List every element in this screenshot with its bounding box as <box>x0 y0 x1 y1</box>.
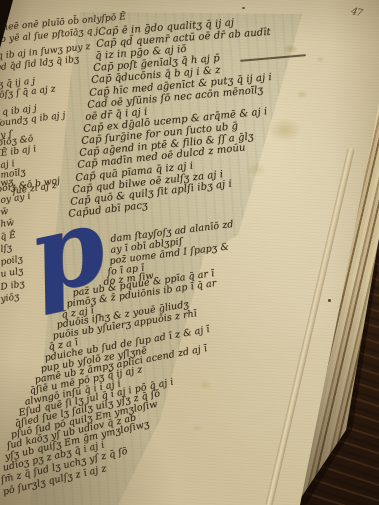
manuscript-text-line: yiōʒ <box>0 293 20 305</box>
manuscript-text-line: lſʒ <box>0 244 13 255</box>
manuscript-text-line: oīĒ ib aj i <box>0 145 37 160</box>
manuscript-text-line: u ulʒ <box>0 267 24 279</box>
manuscript-text-line: D ibʒ <box>0 280 25 293</box>
manuscript-text-line: q̄ Ē <box>0 232 17 243</box>
manuscript-text-line: oy ay i <box>0 193 31 206</box>
manuscript-text-line: hw̄ <box>0 219 15 230</box>
manuscript-photo: 47 Cap̄ ē in ḡdo qualitʒ q̄ ij ajCap̄ qd… <box>0 0 379 505</box>
manuscript-text-line: w̄ <box>0 208 9 218</box>
